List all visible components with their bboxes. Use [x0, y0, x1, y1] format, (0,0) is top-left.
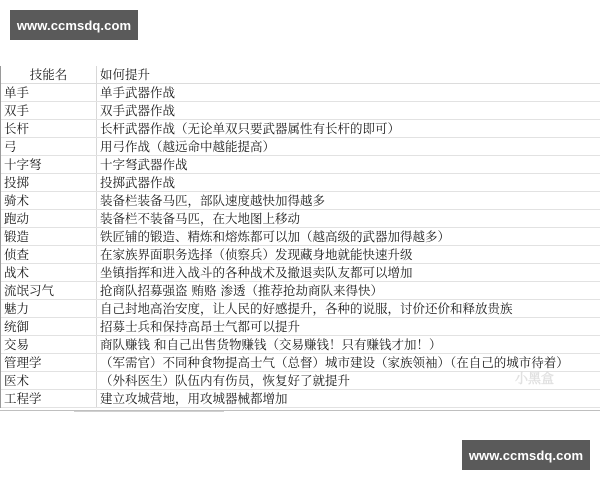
skill-name-cell[interactable]: 交易	[1, 336, 97, 353]
skill-name-cell[interactable]: 管理学	[1, 354, 97, 371]
watermark-bottom: www.ccmsdq.com	[462, 440, 590, 470]
how-to-improve-cell[interactable]: 抢商队招募强盗 贿赂 渗透（推荐抢劫商队来得快）	[97, 282, 600, 299]
skill-name-cell[interactable]: 长杆	[1, 120, 97, 137]
skill-name-cell[interactable]: 战术	[1, 264, 97, 281]
table-row: 跑动装备栏不装备马匹，在大地图上移动	[1, 210, 600, 228]
skills-table: 技能名 如何提升 单手单手武器作战 双手双手武器作战 长杆长杆武器作战（无论单双…	[0, 66, 600, 408]
how-to-improve-cell[interactable]: 建立攻城营地，用攻城器械都增加	[97, 390, 600, 407]
table-row: 长杆长杆武器作战（无论单双只要武器属性有长杆的即可）	[1, 120, 600, 138]
table-row: 战术坐镇指挥和进入战斗的各种战术及撤退卖队友都可以增加	[1, 264, 600, 282]
how-to-improve-cell[interactable]: 商队赚钱 和自己出售货物赚钱（交易赚钱！只有赚钱才加！）	[97, 336, 600, 353]
table-row: 交易商队赚钱 和自己出售货物赚钱（交易赚钱！只有赚钱才加！）	[1, 336, 600, 354]
skill-name-cell[interactable]: 锻造	[1, 228, 97, 245]
skill-name-cell[interactable]: 弓	[1, 138, 97, 155]
table-row: 锻造铁匠铺的锻造、精炼和熔炼都可以加（越高级的武器加得越多）	[1, 228, 600, 246]
header-how-to-improve[interactable]: 如何提升	[97, 66, 600, 83]
table-row: 侦查在家族界面职务选择（侦察兵）发现藏身地就能快速升级	[1, 246, 600, 264]
sheet-tab-bar[interactable]	[74, 411, 224, 416]
table-row: 投掷投掷武器作战	[1, 174, 600, 192]
skill-name-cell[interactable]: 魅力	[1, 300, 97, 317]
table-row: 魅力自己封地高治安度，让人民的好感提升，各种的说服，讨价还价和释放贵族	[1, 300, 600, 318]
skill-name-cell[interactable]: 双手	[1, 102, 97, 119]
faint-logo-watermark: 小黑盒	[515, 368, 554, 387]
skill-name-cell[interactable]: 医术	[1, 372, 97, 389]
table-row: 骑术装备栏装备马匹，部队速度越快加得越多	[1, 192, 600, 210]
how-to-improve-cell[interactable]: 长杆武器作战（无论单双只要武器属性有长杆的即可）	[97, 120, 600, 137]
table-row: 十字弩十字弩武器作战	[1, 156, 600, 174]
how-to-improve-cell[interactable]: 坐镇指挥和进入战斗的各种战术及撤退卖队友都可以增加	[97, 264, 600, 281]
table-row: 医术（外科医生）队伍内有伤员，恢复好了就提升	[1, 372, 600, 390]
how-to-improve-cell[interactable]: 装备栏不装备马匹，在大地图上移动	[97, 210, 600, 227]
skill-name-cell[interactable]: 统御	[1, 318, 97, 335]
how-to-improve-cell[interactable]: 铁匠铺的锻造、精炼和熔炼都可以加（越高级的武器加得越多）	[97, 228, 600, 245]
header-skill-name[interactable]: 技能名	[1, 66, 97, 83]
table-row: 弓用弓作战（越远命中越能提高）	[1, 138, 600, 156]
how-to-improve-cell[interactable]: 在家族界面职务选择（侦察兵）发现藏身地就能快速升级	[97, 246, 600, 263]
table-row: 双手双手武器作战	[1, 102, 600, 120]
how-to-improve-cell[interactable]: 用弓作战（越远命中越能提高）	[97, 138, 600, 155]
table-row: 单手单手武器作战	[1, 84, 600, 102]
skill-name-cell[interactable]: 流氓习气	[1, 282, 97, 299]
how-to-improve-cell[interactable]: 装备栏装备马匹，部队速度越快加得越多	[97, 192, 600, 209]
skill-name-cell[interactable]: 十字弩	[1, 156, 97, 173]
table-row: 流氓习气抢商队招募强盗 贿赂 渗透（推荐抢劫商队来得快）	[1, 282, 600, 300]
how-to-improve-cell[interactable]: 投掷武器作战	[97, 174, 600, 191]
how-to-improve-cell[interactable]: 双手武器作战	[97, 102, 600, 119]
skill-name-cell[interactable]: 跑动	[1, 210, 97, 227]
watermark-top: www.ccmsdq.com	[10, 10, 138, 40]
table-header-row: 技能名 如何提升	[1, 66, 600, 84]
how-to-improve-cell[interactable]: 自己封地高治安度，让人民的好感提升，各种的说服，讨价还价和释放贵族	[97, 300, 600, 317]
skill-name-cell[interactable]: 骑术	[1, 192, 97, 209]
skill-name-cell[interactable]: 工程学	[1, 390, 97, 407]
skill-name-cell[interactable]: 侦查	[1, 246, 97, 263]
table-row: 统御招募士兵和保持高昂士气都可以提升	[1, 318, 600, 336]
how-to-improve-cell[interactable]: 单手武器作战	[97, 84, 600, 101]
skill-name-cell[interactable]: 投掷	[1, 174, 97, 191]
skill-name-cell[interactable]: 单手	[1, 84, 97, 101]
table-row: 工程学建立攻城营地，用攻城器械都增加	[1, 390, 600, 408]
how-to-improve-cell[interactable]: 招募士兵和保持高昂士气都可以提升	[97, 318, 600, 335]
table-row: 管理学（军需官）不同种食物提高士气（总督）城市建设（家族领袖）（在自己的城市待着…	[1, 354, 600, 372]
how-to-improve-cell[interactable]: 十字弩武器作战	[97, 156, 600, 173]
